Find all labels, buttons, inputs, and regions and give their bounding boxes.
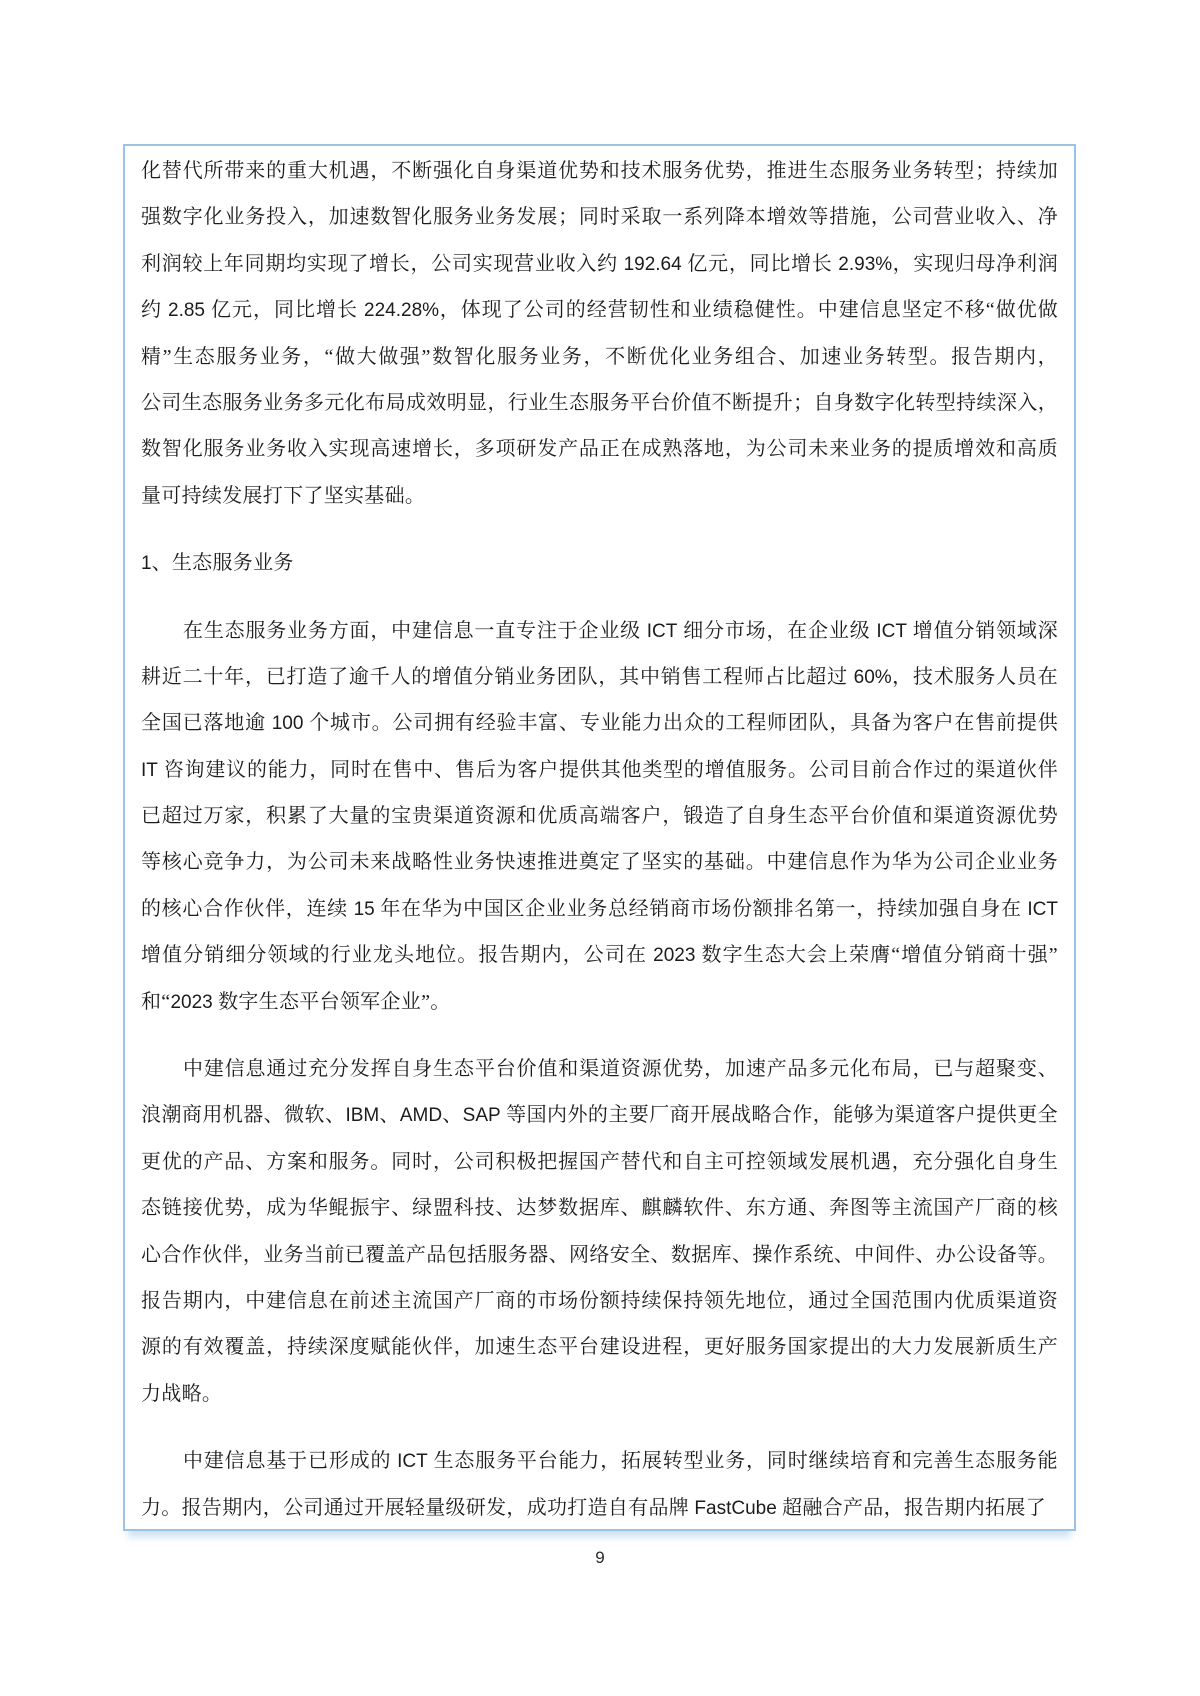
text-line: 1、生态服务业务 [141, 540, 1058, 586]
latin-text: 224.28% [364, 300, 439, 321]
text-line: IT 咨询建议的能力，同时在售中、售后为客户提供其他类型的增值服务。公司目前合作… [141, 747, 1058, 793]
latin-text: ICT [647, 621, 678, 642]
latin-text: SAP [463, 1105, 501, 1126]
latin-text: IT [141, 760, 158, 781]
latin-text: 2.85 [168, 300, 205, 321]
latin-text: ICT [876, 621, 907, 642]
document-page: 化替代所带来的重大机遇，不断强化自身渠道优势和技术服务优势，推进生态服务业务转型… [0, 0, 1200, 1696]
text-line: 已超过万家，积累了大量的宝贵渠道资源和优质高端客户，锻造了自身生态平台价值和渠道… [141, 793, 1058, 839]
latin-text: 60% [854, 667, 892, 688]
text-line: 增值分销细分领域的行业龙头地位。报告期内，公司在 2023 数字生态大会上荣膺“… [141, 932, 1058, 978]
latin-text: ICT [397, 1451, 428, 1472]
text-line: 浪潮商用机器、微软、IBM、AMD、SAP 等国内外的主要厂商开展战略合作，能够… [141, 1092, 1058, 1138]
latin-text: 100 [272, 713, 304, 734]
paragraph: 在生态服务业务方面，中建信息一直专注于企业级 ICT 细分市场，在企业级 ICT… [141, 608, 1058, 1026]
text-line: 耕近二十年，已打造了逾千人的增值分销业务团队，其中销售工程师占比超过 60%，技… [141, 654, 1058, 700]
text-line: 源的有效覆盖，持续深度赋能伙伴，加速生态平台建设进程，更好服务国家提出的大力发展… [141, 1324, 1058, 1370]
text-line: 精”生态服务业务，“做大做强”数智化服务业务，不断优化业务组合、加速业务转型。报… [141, 334, 1058, 380]
text-line: 公司生态服务业务多元化布局成效明显，行业生态服务平台价值不断提升；自身数字化转型… [141, 380, 1058, 426]
text-line: 更优的产品、方案和服务。同时，公司积极把握国产替代和自主可控领域发展机遇，充分强… [141, 1139, 1058, 1185]
latin-text: AMD [400, 1105, 442, 1126]
text-line: 化替代所带来的重大机遇，不断强化自身渠道优势和技术服务优势，推进生态服务业务转型… [141, 148, 1058, 194]
text-line: 力战略。 [141, 1371, 1058, 1417]
latin-text: IBM [345, 1105, 379, 1126]
text-line: 约 2.85 亿元，同比增长 224.28%，体现了公司的经营韧性和业绩稳健性。… [141, 287, 1058, 333]
text-line: 中建信息基于已形成的 ICT 生态服务平台能力，拓展转型业务，同时继续培育和完善… [141, 1438, 1058, 1484]
section-heading: 1、生态服务业务 [141, 540, 1058, 586]
latin-text: 192.64 [624, 254, 682, 275]
latin-text: 1 [141, 553, 152, 574]
text-line: 的核心合作伙伴，连续 15 年在华为中国区企业业务总经销商市场份额排名第一，持续… [141, 886, 1058, 932]
text-line: 数智化服务业务收入实现高速增长，多项研发产品正在成熟落地，为公司未来业务的提质增… [141, 426, 1058, 472]
page-number: 9 [0, 1548, 1200, 1568]
text-line: 力。报告期内，公司通过开展轻量级研发，成功打造自有品牌 FastCube 超融合… [141, 1485, 1058, 1531]
text-line: 报告期内，中建信息在前述主流国产厂商的市场份额持续保持领先地位，通过全国范围内优… [141, 1278, 1058, 1324]
paragraph: 中建信息基于已形成的 ICT 生态服务平台能力，拓展转型业务，同时继续培育和完善… [141, 1438, 1058, 1531]
text-line: 等核心竞争力，为公司未来战略性业务快速推进奠定了坚实的基础。中建信息作为华为公司… [141, 839, 1058, 885]
text-line: 利润较上年同期均实现了增长，公司实现营业收入约 192.64 亿元，同比增长 2… [141, 241, 1058, 287]
text-line: 心合作伙伴，业务当前已覆盖产品包括服务器、网络安全、数据库、操作系统、中间件、办… [141, 1232, 1058, 1278]
latin-text: 2023 [170, 992, 212, 1013]
latin-text: 15 [354, 899, 375, 920]
text-line: 强数字化业务投入，加速数智化服务业务发展；同时采取一系列降本增效等措施，公司营业… [141, 194, 1058, 240]
text-line: 态链接优势，成为华鲲振宇、绿盟科技、达梦数据库、麒麟软件、东方通、奔图等主流国产… [141, 1185, 1058, 1231]
text-line: 在生态服务业务方面，中建信息一直专注于企业级 ICT 细分市场，在企业级 ICT… [141, 608, 1058, 654]
paragraph: 中建信息通过充分发挥自身生态平台价值和渠道资源优势，加速产品多元化布局，已与超聚… [141, 1046, 1058, 1417]
latin-text: 2023 [653, 945, 695, 966]
paragraph: 化替代所带来的重大机遇，不断强化自身渠道优势和技术服务优势，推进生态服务业务转型… [141, 148, 1058, 519]
text-line: 全国已落地逾 100 个城市。公司拥有经验丰富、专业能力出众的工程师团队，具备为… [141, 700, 1058, 746]
latin-text: FastCube [694, 1498, 776, 1519]
text-line: 量可持续发展打下了坚实基础。 [141, 473, 1058, 519]
latin-text: ICT [1027, 899, 1058, 920]
text-line: 中建信息通过充分发挥自身生态平台价值和渠道资源优势，加速产品多元化布局，已与超聚… [141, 1046, 1058, 1092]
text-frame: 化替代所带来的重大机遇，不断强化自身渠道优势和技术服务优势，推进生态服务业务转型… [123, 144, 1076, 1531]
latin-text: 2.93% [838, 254, 892, 275]
text-line: 和“2023 数字生态平台领军企业”。 [141, 979, 1058, 1025]
